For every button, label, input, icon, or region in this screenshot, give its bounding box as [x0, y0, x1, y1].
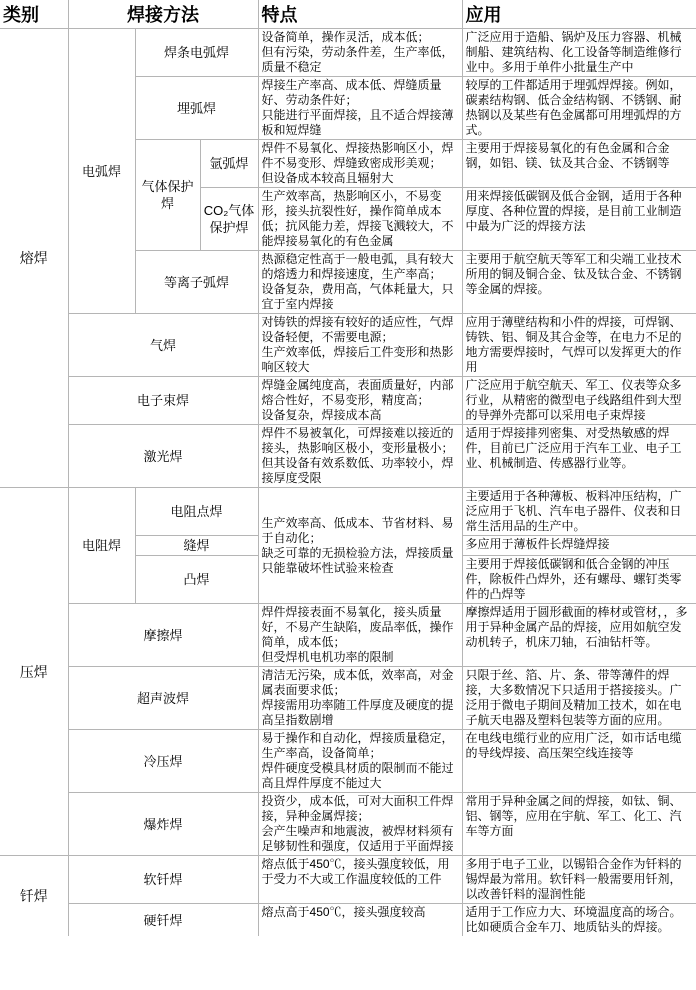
row-electron-beam-welding: 电子束焊 焊缝金属纯度高，表面质量好，内部熔合性好，不易变形，精度高； 设备复杂… — [0, 377, 696, 425]
features-gas-welding: 对铸铁的焊接有较好的适应性，气焊设备轻便，不需要电源； 生产效率低，焊接后工件变… — [258, 314, 462, 377]
application-submerged-arc-welding: 较厚的工件都适用于埋弧焊焊接。例如，碳素结构钢、低合金结构钢、不锈钢、耐热钢以及… — [462, 77, 696, 140]
row-friction-welding: 摩擦焊 焊件焊接表面不易氧化，接头质量好，不易产生缺陷，废品率低，操作简单，成本… — [0, 604, 696, 667]
row-hard-brazing: 硬钎焊 熔点高于450℃，接头强度较高 适用于工作应力大、环境温度高的场合。比如… — [0, 904, 696, 937]
row-stick-arc-welding: 熔焊 电弧焊 焊条电弧焊 设备简单，操作灵活，成本低； 但有污染，劳动条件差，生… — [0, 29, 696, 77]
features-resistance-welding: 生产效率高、低成本、节省材料、易于自动化； 缺乏可靠的无损检验方法，焊接质量只能… — [258, 488, 462, 604]
application-seam-welding: 多应用于薄板件长焊缝焊接 — [462, 536, 696, 556]
row-soft-brazing: 钎焊 软钎焊 熔点低于450℃，接头强度较低，用于受力不大或工作温度较低的工件 … — [0, 856, 696, 904]
application-projection-welding: 主要用于焊接低碳钢和低合金钢的冲压件，除板件凸焊外，还有螺母、螺钉类零件的凸焊等 — [462, 556, 696, 604]
method-resistance-spot-welding: 电阻点焊 — [135, 488, 258, 536]
features-friction-welding: 焊件焊接表面不易氧化，接头质量好，不易产生缺陷，废品率低，操作简单，成本低； 但… — [258, 604, 462, 667]
application-stick-arc-welding: 广泛应用于造船、锅炉及压力容器、机械制船、建筑结构、化工设备等制造维修行业中。多… — [462, 29, 696, 77]
category-brazing: 钎焊 — [0, 856, 68, 937]
features-stick-arc-welding: 设备简单，操作灵活，成本低； 但有污染，劳动条件差，生产率低，质量不稳定 — [258, 29, 462, 77]
application-cold-pressure-welding: 在电线电缆行业的应用广泛，如市话电缆的导线焊接、高压架空线连接等 — [462, 730, 696, 793]
application-friction-welding: 摩擦焊适用于圆形截面的棒材或管材，，多用于异种金属产品的焊接，应用如航空发动机转… — [462, 604, 696, 667]
application-plasma-arc-welding: 主要用于航空航天等军工和尖端工业技术所用的铜及铜合金、钛及钛合金、不锈钢等金属的… — [462, 251, 696, 314]
method-soft-brazing: 软钎焊 — [68, 856, 258, 904]
row-laser-welding: 激光焊 焊件不易被氧化，可焊接难以接近的接头，热影响区极小，变形量极小； 但其设… — [0, 425, 696, 488]
header-method: 焊接方法 — [68, 0, 258, 29]
features-hard-brazing: 熔点高于450℃，接头强度较高 — [258, 904, 462, 937]
application-co2-shielded-welding: 用来焊接低碳钢及低合金钢，适用于各种厚度、各种位置的焊接，是目前工业制造中最为广… — [462, 188, 696, 251]
features-soft-brazing: 熔点低于450℃，接头强度较低，用于受力不大或工作温度较低的工件 — [258, 856, 462, 904]
header-category: 类别 — [0, 0, 68, 29]
header-application: 应用 — [462, 0, 696, 29]
row-ultrasonic-welding: 超声波焊 清洁无污染，成本低，效率高，对金属表面要求低； 焊接需用功率随工件厚度… — [0, 667, 696, 730]
application-gas-welding: 应用于薄壁结构和小件的焊接，可焊钢、铸铁、铝、铜及其合金等，在电力不足的地方需要… — [462, 314, 696, 377]
application-argon-arc-welding: 主要用于焊接易氧化的有色金属和合金钢，如铝、镁、钛及其合金、不锈钢等 — [462, 140, 696, 188]
features-explosion-welding: 投资少，成本低，可对大面积工件焊接，异种金属焊接； 会产生噪声和地震波，被焊材料… — [258, 793, 462, 856]
row-resistance-spot-welding: 压焊 电阻焊 电阻点焊 生产效率高、低成本、节省材料、易于自动化； 缺乏可靠的无… — [0, 488, 696, 536]
features-electron-beam-welding: 焊缝金属纯度高，表面质量好，内部熔合性好，不易变形，精度高； 设备复杂，焊接成本… — [258, 377, 462, 425]
features-co2-shielded-welding: 生产效率高，热影响区小，不易变形，接头抗裂性好，操作简单成本低；抗风能力差，焊接… — [258, 188, 462, 251]
features-laser-welding: 焊件不易被氧化，可焊接难以接近的接头，热影响区极小，变形量极小； 但其设备有效系… — [258, 425, 462, 488]
category-pressure-welding: 压焊 — [0, 488, 68, 856]
category-fusion-welding: 熔焊 — [0, 29, 68, 488]
method-explosion-welding: 爆炸焊 — [68, 793, 258, 856]
header-row: 类别 焊接方法 特点 应用 — [0, 0, 696, 29]
method-laser-welding: 激光焊 — [68, 425, 258, 488]
group-gas-shielded-welding: 气体保护焊 — [135, 140, 200, 251]
application-laser-welding: 适用于焊接排列密集、对受热敏感的焊件，目前已广泛应用于汽车工业、电子工业、机械制… — [462, 425, 696, 488]
application-hard-brazing: 适用于工作应力大、环境温度高的场合。比如硬质合金车刀、地质钻头的焊接。 — [462, 904, 696, 937]
method-plasma-arc-welding: 等离子弧焊 — [135, 251, 258, 314]
method-hard-brazing: 硬钎焊 — [68, 904, 258, 937]
method-projection-welding: 凸焊 — [135, 556, 258, 604]
application-resistance-spot-welding: 主要适用于各种薄板、板料冲压结构，广泛应用于飞机、汽车电子器件、仪表和日常生活用… — [462, 488, 696, 536]
method-cold-pressure-welding: 冷压焊 — [68, 730, 258, 793]
features-plasma-arc-welding: 热源稳定性高于一般电弧，具有较大的熔透力和焊接速度，生产率高； 设备复杂，费用高… — [258, 251, 462, 314]
application-soft-brazing: 多用于电子工业，以锡铅合金作为钎料的锡焊最为常用。软钎料一般需要用钎剂，以改善钎… — [462, 856, 696, 904]
row-explosion-welding: 爆炸焊 投资少，成本低，可对大面积工件焊接，异种金属焊接； 会产生噪声和地震波，… — [0, 793, 696, 856]
application-electron-beam-welding: 广泛应用于航空航天、军工、仪表等众多行业，从精密的微型电子线路组件到大型的导弹外… — [462, 377, 696, 425]
method-friction-welding: 摩擦焊 — [68, 604, 258, 667]
features-argon-arc-welding: 焊件不易氧化、焊接热影响区小，焊件不易变形、焊缝致密成形美观； 但设备成本较高且… — [258, 140, 462, 188]
row-cold-pressure-welding: 冷压焊 易于操作和自动化，焊接质量稳定，生产率高，设备简单； 焊件硬度受模具材质… — [0, 730, 696, 793]
application-ultrasonic-welding: 只限于丝、箔、片、条、带等薄件的焊接，大多数情况下只适用于搭接接头。广泛用于微电… — [462, 667, 696, 730]
method-gas-welding: 气焊 — [68, 314, 258, 377]
welding-methods-table: 类别 焊接方法 特点 应用 熔焊 电弧焊 焊条电弧焊 设备简单，操作灵活，成本低… — [0, 0, 696, 936]
header-features: 特点 — [258, 0, 462, 29]
group-arc-welding: 电弧焊 — [68, 29, 135, 314]
method-seam-welding: 缝焊 — [135, 536, 258, 556]
method-co2-shielded-welding: CO₂气体保护焊 — [200, 188, 258, 251]
group-resistance-welding: 电阻焊 — [68, 488, 135, 604]
row-gas-welding: 气焊 对铸铁的焊接有较好的适应性，气焊设备轻便，不需要电源； 生产效率低，焊接后… — [0, 314, 696, 377]
method-argon-arc-welding: 氩弧焊 — [200, 140, 258, 188]
application-explosion-welding: 常用于异种金属之间的焊接，如钛、铜、铝、钢等，应用在宇航、军工、化工、汽车等方面 — [462, 793, 696, 856]
features-submerged-arc-welding: 焊接生产率高、成本低、焊缝质量好、劳动条件好； 只能进行平面焊接，且不适合焊接薄… — [258, 77, 462, 140]
method-electron-beam-welding: 电子束焊 — [68, 377, 258, 425]
method-ultrasonic-welding: 超声波焊 — [68, 667, 258, 730]
features-cold-pressure-welding: 易于操作和自动化，焊接质量稳定，生产率高，设备简单； 焊件硬度受模具材质的限制而… — [258, 730, 462, 793]
method-stick-arc-welding: 焊条电弧焊 — [135, 29, 258, 77]
method-submerged-arc-welding: 埋弧焊 — [135, 77, 258, 140]
features-ultrasonic-welding: 清洁无污染，成本低，效率高，对金属表面要求低； 焊接需用功率随工件厚度及硬度的提… — [258, 667, 462, 730]
